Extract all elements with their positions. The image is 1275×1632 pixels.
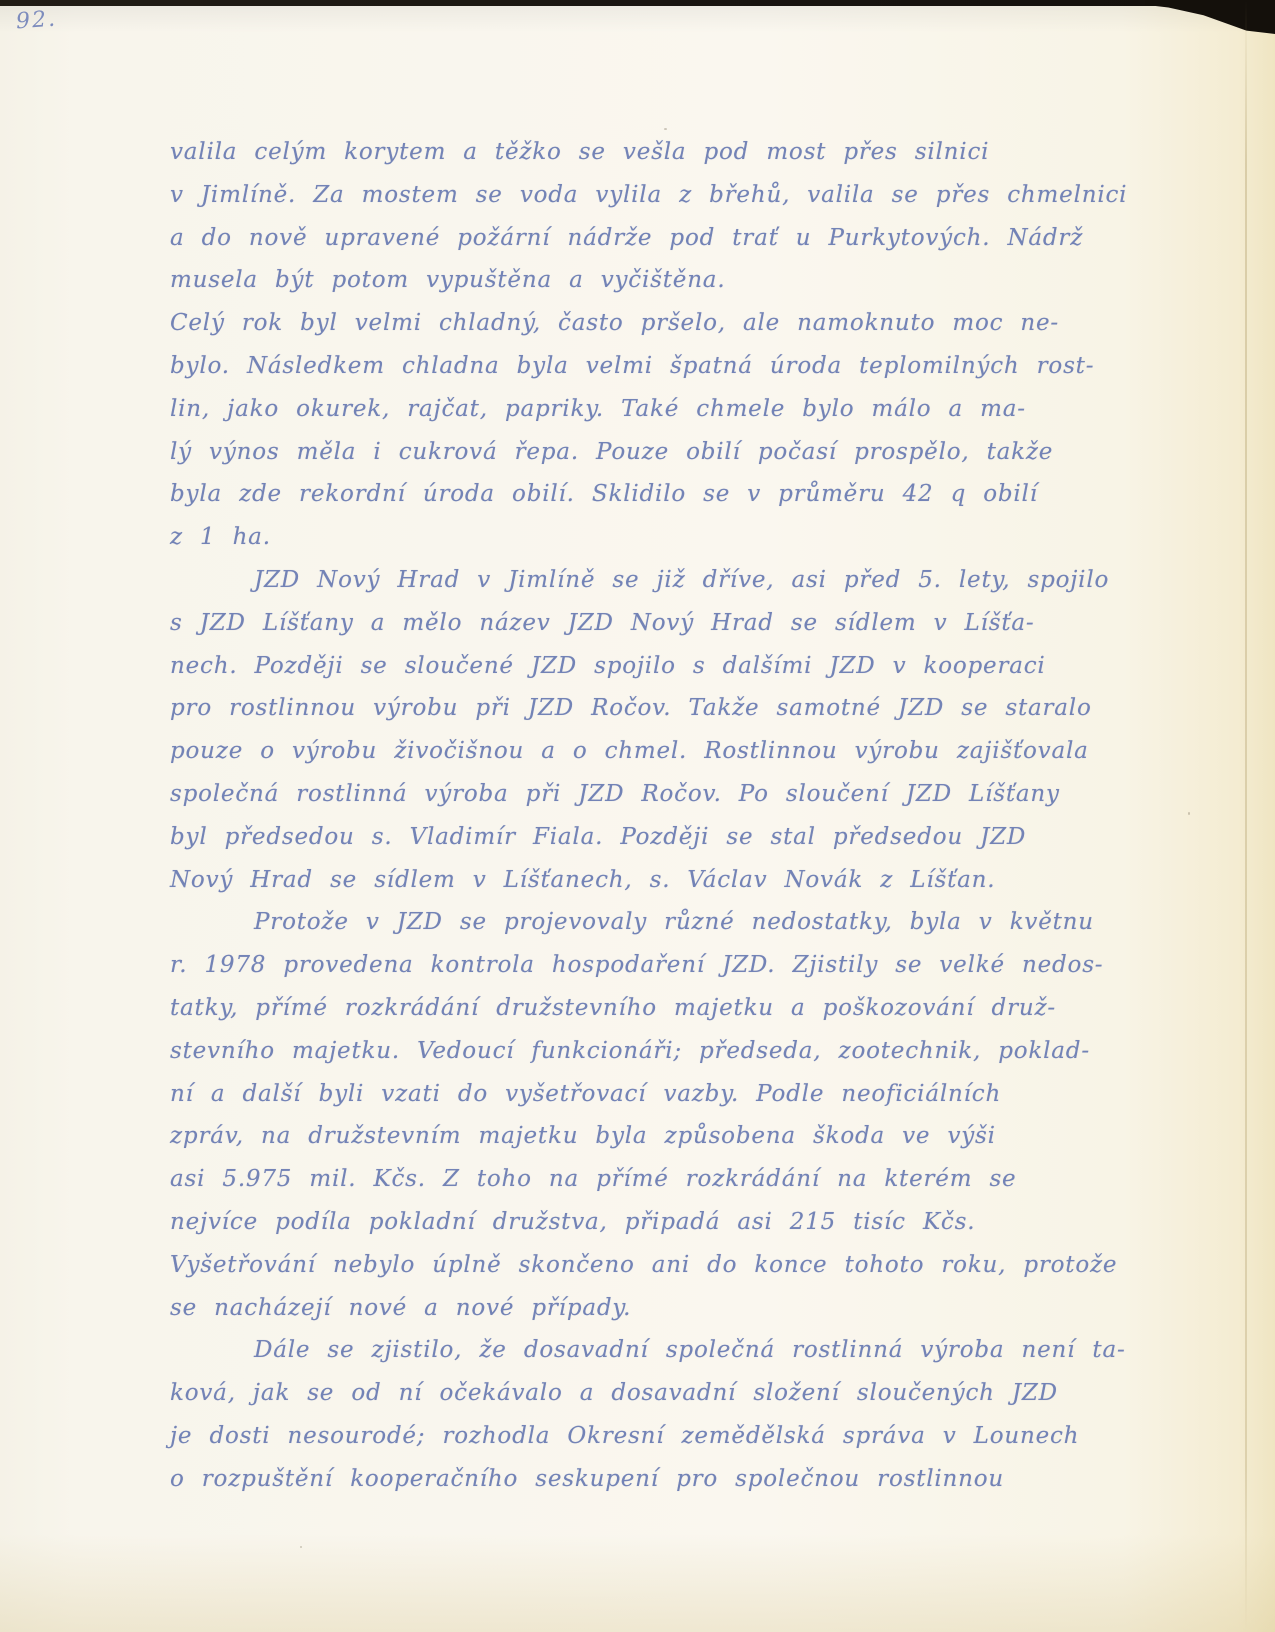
handwritten-line: nejvíce podíla pokladní družstva, připad… [170, 1201, 1145, 1244]
handwritten-line: Nový Hrad se sídlem v Líšťanech, s. Václ… [170, 859, 1145, 902]
handwritten-line: nech. Později se sloučené JZD spojilo s … [170, 645, 1145, 688]
handwritten-line: pro rostlinnou výrobu při JZD Ročov. Tak… [170, 687, 1145, 730]
handwritten-line: Protože v JZD se projevovaly různé nedos… [170, 901, 1145, 944]
handwritten-line: byl předsedou s. Vladimír Fiala. Později… [170, 816, 1145, 859]
binding-corner-top-right [1145, 0, 1275, 34]
handwritten-line: r. 1978 provedena kontrola hospodaření J… [170, 944, 1145, 987]
handwritten-line: byla zde rekordní úroda obilí. Sklidilo … [170, 473, 1145, 516]
binding-edge-top [0, 0, 1275, 6]
handwritten-line: Dále se zjistilo, že dosavadní společná … [170, 1329, 1145, 1372]
handwritten-line: lý výnos měla i cukrová řepa. Pouze obil… [170, 431, 1145, 474]
handwritten-line: stevního majetku. Vedoucí funkcionáři; p… [170, 1030, 1145, 1073]
handwritten-line: s JZD Líšťany a mělo název JZD Nový Hrad… [170, 602, 1145, 645]
handwritten-line: zpráv, na družstevním majetku byla způso… [170, 1115, 1145, 1158]
paper-speck [300, 1546, 302, 1548]
page-number: 92. [15, 7, 58, 35]
handwritten-line: ková, jak se od ní očekávalo a dosavadní… [170, 1372, 1145, 1415]
page-edge-crease [1245, 0, 1247, 1632]
paper-speck [664, 128, 667, 130]
handwritten-line: Celý rok byl velmi chladný, často pršelo… [170, 302, 1145, 345]
handwritten-line: JZD Nový Hrad v Jimlíně se již dříve, as… [170, 559, 1145, 602]
handwritten-line: valila celým korytem a těžko se vešla po… [170, 131, 1145, 174]
handwritten-line: je dosti nesourodé; rozhodla Okresní zem… [170, 1415, 1145, 1458]
handwritten-line: v Jimlíně. Za mostem se voda vylila z bř… [170, 174, 1145, 217]
paper-speck [1188, 812, 1190, 815]
handwritten-line: musela být potom vypuštěna a vyčištěna. [170, 259, 1145, 302]
handwritten-line: bylo. Následkem chladna byla velmi špatn… [170, 345, 1145, 388]
handwritten-text-block: valila celým korytem a těžko se vešla po… [170, 131, 1145, 1501]
handwritten-line: se nacházejí nové a nové případy. [170, 1287, 1145, 1330]
handwritten-line: pouze o výrobu živočišnou a o chmel. Ros… [170, 730, 1145, 773]
handwritten-line: lin, jako okurek, rajčat, papriky. Také … [170, 388, 1145, 431]
handwritten-line: asi 5.975 mil. Kčs. Z toho na přímé rozk… [170, 1158, 1145, 1201]
handwritten-line: Vyšetřování nebylo úplně skončeno ani do… [170, 1244, 1145, 1287]
handwritten-line: společná rostlinná výroba při JZD Ročov.… [170, 773, 1145, 816]
handwritten-line: o rozpuštění kooperačního seskupení pro … [170, 1458, 1145, 1501]
handwritten-line: tatky, přímé rozkrádání družstevního maj… [170, 987, 1145, 1030]
handwritten-line: a do nově upravené požární nádrže pod tr… [170, 217, 1145, 260]
paper: 92. valila celým korytem a těžko se vešl… [0, 0, 1275, 1632]
handwritten-line: z 1 ha. [170, 516, 1145, 559]
handwritten-line: ní a další byli vzati do vyšetřovací vaz… [170, 1073, 1145, 1116]
